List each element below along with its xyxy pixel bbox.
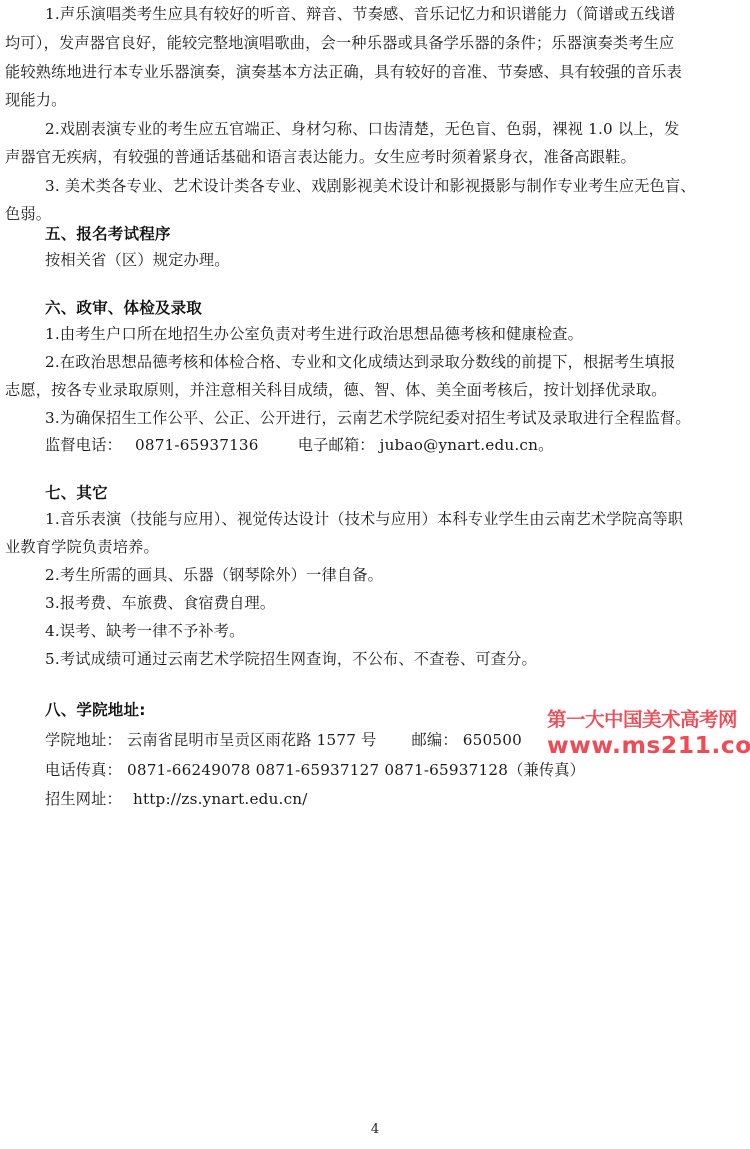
paragraph-line: 按相关省（区）规定办理。 — [45, 250, 230, 270]
watermark: 第一大中国美术高考网 www.ms211.com — [547, 708, 742, 760]
paragraph-line: 志愿，按各专业录取原则，并注意相关科目成绩，德、智、体、美全面考核后，按计划择优… — [5, 380, 667, 400]
paragraph-line: 3. 美术类各专业、艺术设计类各专业、戏剧影视美术设计和影视摄影与制作专业考生应… — [45, 176, 696, 196]
paragraph-line: 1.由考生户口所在地招生办公室负责对考生进行政治思想品德考核和健康检查。 — [45, 324, 583, 344]
paragraph-line: 2.在政治思想品德考核和体检合格、专业和文化成绩达到录取分数线的前提下，根据考生… — [45, 352, 675, 372]
email-label: 电子邮箱： — [298, 436, 375, 454]
paragraph-line: 4.误考、缺考一律不予补考。 — [45, 621, 245, 641]
supervision-email[interactable]: jubao@ynart.edu.cn。 — [380, 436, 554, 454]
website-line: 招生网址： http://zs.ynart.edu.cn/ — [45, 789, 308, 809]
postcode-value: 650500 — [463, 731, 522, 749]
paragraph-line: 声器官无疾病，有较强的普通话基础和语言表达能力。女生应考时须着紧身衣，准备高跟鞋… — [5, 147, 636, 167]
website-label: 招生网址： — [45, 790, 122, 808]
paragraph-line: 均可），发声器官良好，能较完整地演唱歌曲，会一种乐器或具备学乐器的条件；乐器演奏… — [5, 33, 674, 53]
paragraph-line: 2.考生所需的画具、乐器（钢琴除外）一律自备。 — [45, 565, 383, 585]
supervision-contact: 监督电话： 0871-65937136 电子邮箱： jubao@ynart.ed… — [45, 435, 553, 455]
website-link[interactable]: http://zs.ynart.edu.cn/ — [133, 790, 308, 808]
address-value: 云南省昆明市呈贡区雨花路 1577 号 — [127, 731, 377, 749]
watermark-title: 第一大中国美术高考网 — [547, 708, 742, 732]
paragraph-line: 2.戏剧表演专业的考生应五官端正、身材匀称、口齿清楚，无色盲、色弱，裸视 1.0… — [45, 119, 679, 139]
phone-fax-numbers: 0871-66249078 0871-65937127 0871-6593712… — [127, 761, 585, 779]
section-heading-address: 八、学院地址: — [45, 700, 146, 720]
paragraph-line: 色弱。 — [5, 204, 51, 224]
paragraph-line: 能较熟练地进行本专业乐器演奏，演奏基本方法正确，具有较好的音准、节奏感、具有较强… — [5, 62, 682, 82]
watermark-url: www.ms211.com — [547, 732, 746, 760]
phone-fax-label: 电话传真： — [45, 761, 122, 779]
paragraph-line: 3.为确保招生工作公平、公正、公开进行，云南艺术学院纪委对招生考试及录取进行全程… — [45, 408, 691, 428]
paragraph-line: 现能力。 — [5, 90, 67, 110]
phone-label: 监督电话： — [45, 436, 122, 454]
address-label: 学院地址： — [45, 731, 122, 749]
address-line: 学院地址： 云南省昆明市呈贡区雨花路 1577 号 邮编： 650500 — [45, 730, 522, 750]
section-heading-admission: 六、政审、体检及录取 — [45, 298, 202, 318]
page-number: 4 — [0, 1122, 750, 1137]
phone-fax-line: 电话传真： 0871-66249078 0871-65937127 0871-6… — [45, 760, 585, 780]
paragraph-line: 3.报考费、车旅费、食宿费自理。 — [45, 593, 275, 613]
paragraph-line: 1.音乐表演（技能与应用）、视觉传达设计（技术与应用）本科专业学生由云南艺术学院… — [45, 509, 683, 529]
supervision-phone: 0871-65937136 — [135, 436, 259, 454]
section-heading-other: 七、其它 — [45, 483, 108, 503]
paragraph-line: 5.考试成绩可通过云南艺术学院招生网查询，不公布、不查卷、可查分。 — [45, 649, 537, 669]
paragraph-line: 业教育学院负责培养。 — [5, 537, 159, 557]
section-heading-registration: 五、报名考试程序 — [45, 224, 171, 244]
postcode-label: 邮编： — [412, 731, 458, 749]
paragraph-line: 1.声乐演唱类考生应具有较好的听音、辩音、节奏感、音乐记忆力和识谱能力（简谱或五… — [45, 4, 675, 24]
